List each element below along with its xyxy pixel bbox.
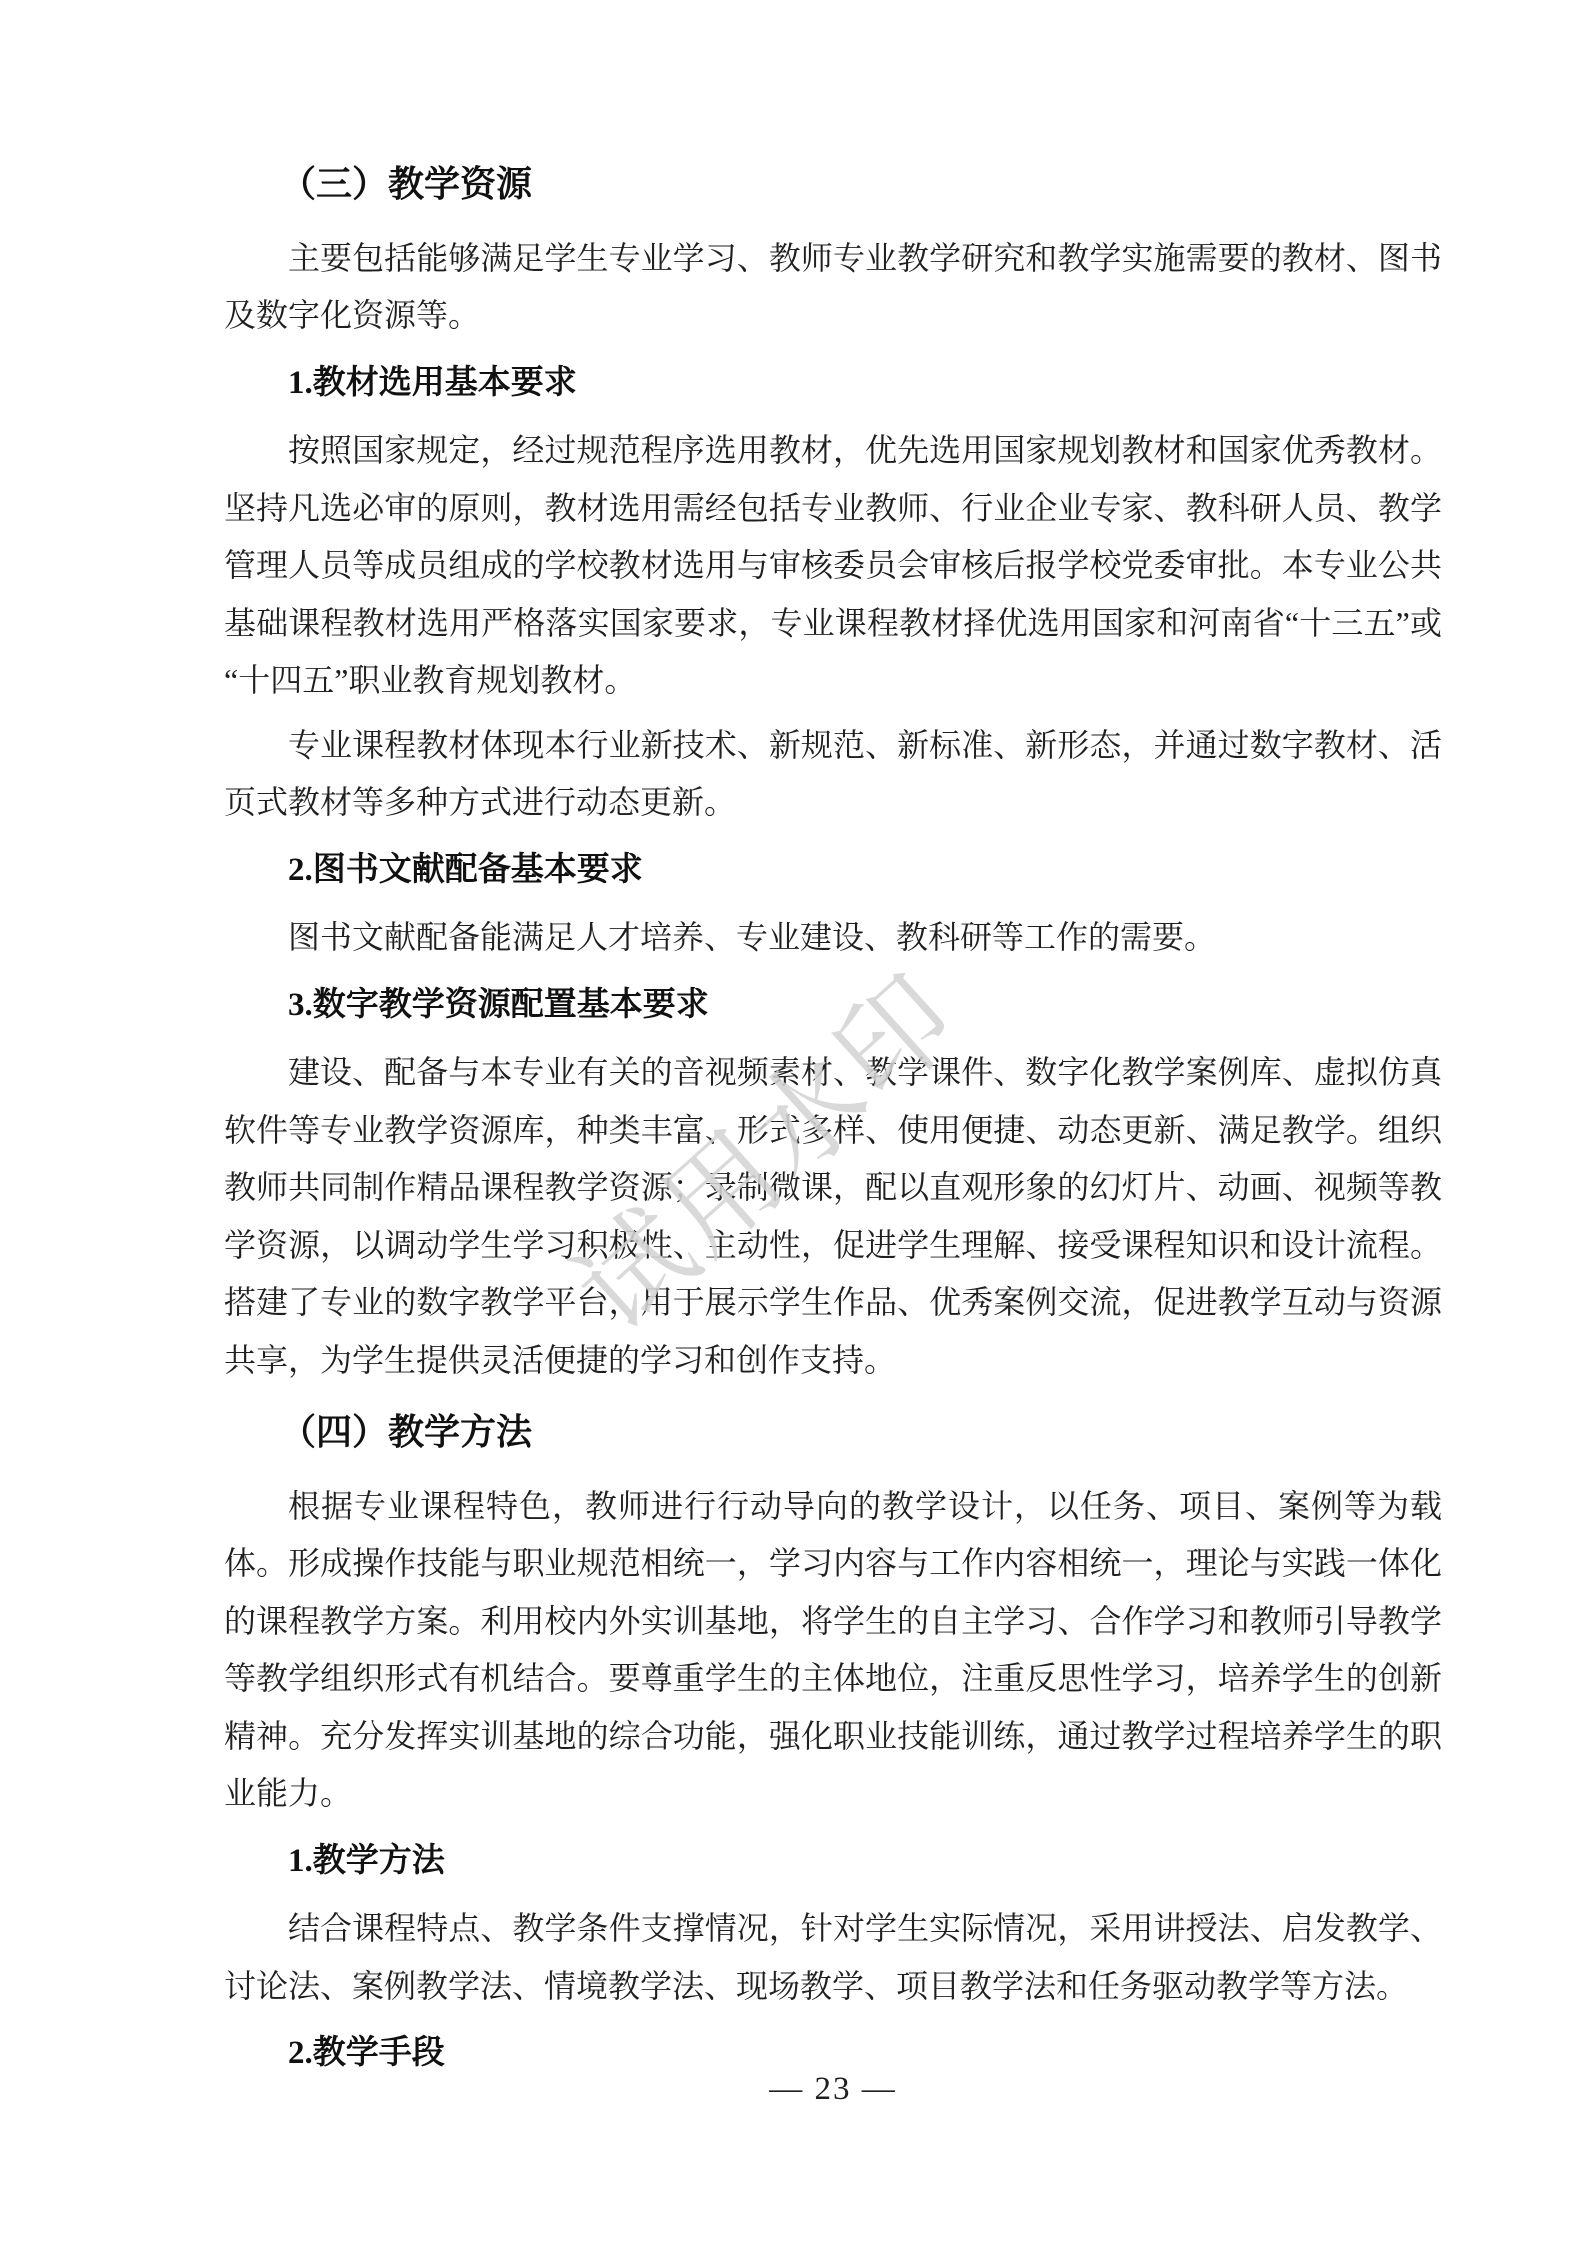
paragraph: 专业课程教材体现本行业新技术、新规范、新标准、新形态，并通过数字教材、活页式教材… [224, 717, 1442, 832]
document-body: （三）教学资源 主要包括能够满足学生专业学习、教师专业教学研究和教学实施需要的教… [224, 141, 1442, 2093]
paragraph: 结合课程特点、教学条件支撑情况，针对学生实际情况，采用讲授法、启发教学、讨论法、… [224, 1900, 1442, 2015]
subsection-heading: 1.教材选用基本要求 [224, 355, 1442, 413]
section-heading: （四）教学方法 [224, 1404, 1442, 1462]
page-number: — 23 — [224, 2061, 1442, 2118]
paragraph: 根据专业课程特色，教师进行行动导向的教学设计，以任务、项目、案例等为载体。形成操… [224, 1478, 1442, 1823]
section-teaching-methods: （四）教学方法 根据专业课程特色，教师进行行动导向的教学设计，以任务、项目、案例… [224, 1404, 1442, 2083]
paragraph: 建设、配备与本专业有关的音视频素材、教学课件、数字化教学案例库、虚拟仿真软件等专… [224, 1044, 1442, 1389]
paragraph: 主要包括能够满足学生专业学习、教师专业教学研究和教学实施需要的教材、图书及数字化… [224, 230, 1442, 345]
document-page: 试用水印 （三）教学资源 主要包括能够满足学生专业学习、教师专业教学研究和教学实… [0, 0, 1587, 2245]
section-heading: （三）教学资源 [224, 156, 1442, 214]
section-teaching-resources: （三）教学资源 主要包括能够满足学生专业学习、教师专业教学研究和教学实施需要的教… [224, 156, 1442, 1389]
paragraph: 图书文献配备能满足人才培养、专业建设、教科研等工作的需要。 [224, 909, 1442, 967]
subsection-heading: 1.教学方法 [224, 1833, 1442, 1891]
subsection-heading: 2.图书文献配备基本要求 [224, 842, 1442, 900]
subsection-heading: 3.数字教学资源配置基本要求 [224, 977, 1442, 1035]
paragraph: 按照国家规定，经过规范程序选用教材，优先选用国家规划教材和国家优秀教材。坚持凡选… [224, 422, 1442, 710]
